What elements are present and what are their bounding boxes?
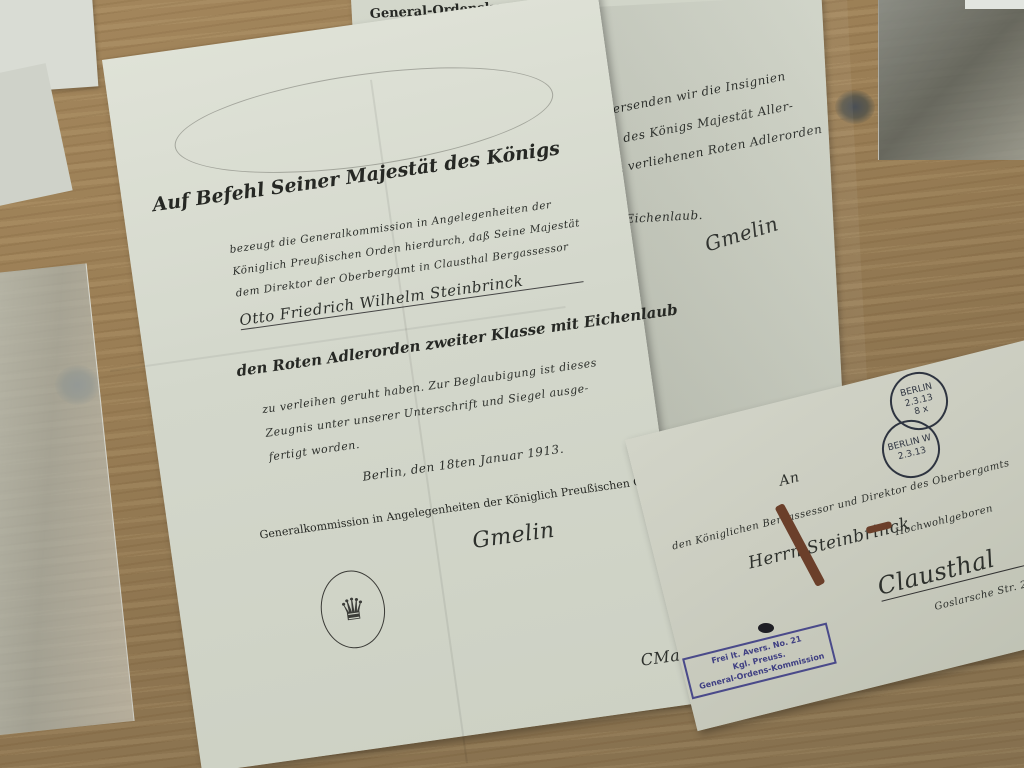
corner-mark: CMa bbox=[639, 645, 681, 669]
royal-seal-icon: ♛ bbox=[316, 566, 390, 652]
ink-blot bbox=[758, 623, 774, 633]
card-in-bag bbox=[965, 0, 1024, 9]
plastic-bag-right bbox=[878, 0, 1024, 160]
postmark-code: 8 x bbox=[914, 405, 930, 419]
award-certificate: Auf Befehl Seiner Majestät des Königs be… bbox=[102, 0, 697, 768]
issuer-line: Generalkommission in Angelegenheiten der… bbox=[259, 471, 672, 542]
certificate-closing-line: fertigt worden. bbox=[268, 438, 361, 464]
certificate-signature: Gmelin bbox=[471, 518, 556, 554]
plastic-sleeve-left bbox=[0, 263, 135, 736]
address-line: An bbox=[778, 469, 801, 489]
place-date: Berlin, den 18ten Januar 1913. bbox=[362, 442, 565, 484]
